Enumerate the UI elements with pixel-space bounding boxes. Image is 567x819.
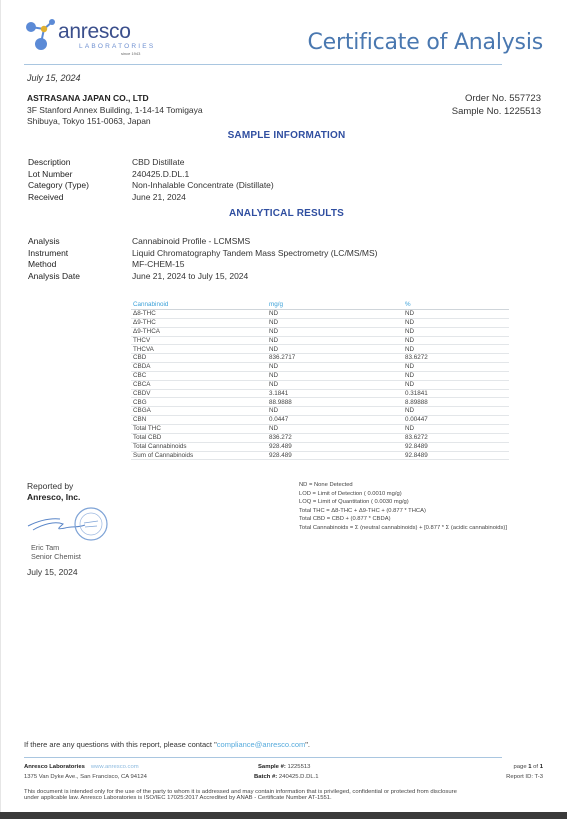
cannabinoid-cell: Total Cannabinoids [131,442,267,451]
percent-cell: ND [403,310,509,319]
page-edge [0,0,1,812]
cannabinoid-cell: Sum of Cannabinoids [131,451,267,460]
client-address-line2: Shibuya, Tokyo 151-0063, Japan [27,116,151,126]
sample-information-heading: SAMPLE INFORMATION [0,130,567,141]
table-header-row: Cannabinoid mg/g % [131,299,509,310]
page-prefix: page [513,764,526,770]
percent-cell: 83.6272 [403,354,509,363]
percent-cell: 8.89888 [403,398,509,407]
cannabinoid-cell: CBGA [131,407,267,416]
percent-cell: 83.6272 [403,433,509,442]
table-row: CBD836.271783.6272 [131,354,509,363]
footer-company-name: Anresco Laboratories [24,764,85,770]
footer-batch-label: Batch #: [254,774,277,780]
contact-line: If there are any questions with this rep… [24,740,310,749]
cannabinoid-cell: Total THC [131,424,267,433]
footer-address: 1375 Van Dyke Ave., San Francisco, CA 94… [24,774,147,780]
note-line: Total CBD = CBD + (0.877 * CBDA) [299,515,507,524]
cannabinoid-cell: Δ9-THC [131,318,267,327]
note-line: Total Cannabinoids = Σ (neutral cannabin… [299,524,507,533]
notes-legend: ND = None Detected LOD = Limit of Detect… [299,481,507,533]
cannabinoid-cell: CBG [131,398,267,407]
logo-since: since 1943 [121,51,140,56]
table-row: CBDV3.18410.31841 [131,389,509,398]
table-row: CBCNDND [131,371,509,380]
header-cannabinoid: Cannabinoid [131,299,267,310]
percent-cell: ND [403,345,509,354]
cannabinoid-cell: THCV [131,336,267,345]
table-row: THCVNDND [131,336,509,345]
description-value: CBD Distillate [132,157,432,167]
table-row: Δ9-THCNDND [131,318,509,327]
mg-per-g-cell: ND [267,424,403,433]
header-percent: % [403,299,509,310]
client-name: ASTRASANA JAPAN CO., LTD [27,93,149,103]
page-total: 1 [540,764,543,770]
footer-report-id: Report ID: T-3 [506,774,543,780]
note-line: LOQ = Limit of Quantitation ( 0.0030 mg/… [299,498,507,507]
signer-name: Eric Tam [31,543,81,552]
anresco-logo: anresco LABORATORIES since 1943 [25,17,150,59]
sample-number: Sample No. 1225513 [452,106,541,117]
reported-by-label: Reported by [27,481,73,491]
table-row: CBCANDND [131,380,509,389]
table-row: CBDANDND [131,363,509,372]
disclaimer-line: under applicable law. Anresco Laboratori… [24,795,544,801]
signature-date: July 15, 2024 [27,567,78,577]
percent-cell: ND [403,380,509,389]
table-row: Total CBD836.27283.6272 [131,433,509,442]
analysis-date-value: June 21, 2024 to July 15, 2024 [132,271,432,281]
footer-sample-value: 1225513 [287,764,310,770]
percent-cell: 0.31841 [403,389,509,398]
field-label: Analysis Date [28,271,132,281]
cannabinoid-cell: Total CBD [131,433,267,442]
cannabinoid-cell: Δ8-THC [131,310,267,319]
note-line: Total THC = Δ8-THC + Δ9-THC + (0.877 * T… [299,507,507,516]
cannabinoid-cell: CBDV [131,389,267,398]
mg-per-g-cell: 3.1841 [267,389,403,398]
field-label: Lot Number [28,169,132,179]
method-value: MF-CHEM-15 [132,259,432,269]
field-label: Category (Type) [28,180,132,190]
category-value: Non-Inhalable Concentrate (Distillate) [132,180,432,190]
field-label: Instrument [28,248,132,258]
percent-cell: ND [403,407,509,416]
analytical-results-heading: ANALYTICAL RESULTS [0,208,567,219]
mg-per-g-cell: ND [267,345,403,354]
table-row: Δ9-THCANDND [131,327,509,336]
field-label: Description [28,157,132,167]
footer-sample: Sample #: 1225513 [258,764,310,770]
mg-per-g-cell: 836.272 [267,433,403,442]
field-label: Method [28,259,132,269]
footer-sample-label: Sample #: [258,764,286,770]
cannabinoid-cell: CBCA [131,380,267,389]
table-row: Total THCNDND [131,424,509,433]
note-line: LOD = Limit of Detection ( 0.0010 mg/g) [299,490,507,499]
received-value: June 21, 2024 [132,192,432,202]
mg-per-g-cell: ND [267,407,403,416]
mg-per-g-cell: 928.489 [267,451,403,460]
analytical-fields: Analysis Cannabinoid Profile - LCMSMS In… [28,236,432,281]
client-address-line1: 3F Stanford Annex Building, 1-14-14 Tomi… [27,105,203,115]
mg-per-g-cell: 0.0447 [267,416,403,425]
table-row: Total Cannabinoids928.48992.8489 [131,442,509,451]
page-title: Certificate of Analysis [307,30,543,55]
footer-company: Anresco Laboratorieswww.anresco.com [24,764,139,770]
footer-page-number: page 1 of 1 [513,764,543,770]
report-date: July 15, 2024 [27,73,81,83]
cannabinoid-cell: CBD [131,354,267,363]
lot-number-value: 240425.D.DL.1 [132,169,432,179]
signer-title: Senior Chemist [31,552,81,561]
percent-cell: ND [403,336,509,345]
footer-disclaimer: This document is intended only for the u… [24,789,544,801]
percent-cell: ND [403,363,509,372]
mg-per-g-cell: ND [267,380,403,389]
mg-per-g-cell: ND [267,327,403,336]
header-mg-per-g: mg/g [267,299,403,310]
order-number: Order No. 557723 [465,93,541,104]
logo-wordmark: anresco [58,20,131,44]
instrument-value: Liquid Chromatography Tandem Mass Spectr… [132,248,432,258]
table-row: CBG88.98888.89888 [131,398,509,407]
mg-per-g-cell: ND [267,363,403,372]
signature-stamp-icon [25,506,115,544]
cannabinoid-cell: CBN [131,416,267,425]
table-row: Sum of Cannabinoids928.48992.8489 [131,451,509,460]
sample-information-fields: Description CBD Distillate Lot Number 24… [28,157,432,202]
contact-suffix: ". [305,740,310,749]
mg-per-g-cell: 836.2717 [267,354,403,363]
note-line: ND = None Detected [299,481,507,490]
footer-website-link[interactable]: www.anresco.com [91,764,139,770]
cannabinoid-results-table: Cannabinoid mg/g % Δ8-THCNDNDΔ9-THCNDNDΔ… [131,299,509,460]
field-label: Analysis [28,236,132,246]
page-of: of [533,764,538,770]
percent-cell: 92.8489 [403,451,509,460]
percent-cell: 92.8489 [403,442,509,451]
mg-per-g-cell: 928.489 [267,442,403,451]
compliance-email-link[interactable]: compliance@anresco.com [217,740,305,749]
mg-per-g-cell: 88.9888 [267,398,403,407]
table-row: CBN0.04470.00447 [131,416,509,425]
percent-cell: ND [403,371,509,380]
logo-subtitle: LABORATORIES [79,43,155,50]
cannabinoid-cell: CBC [131,371,267,380]
bottom-bar [0,812,567,819]
table-row: CBGANDND [131,407,509,416]
percent-cell: ND [403,424,509,433]
table-row: THCVANDND [131,345,509,354]
footer-batch: Batch #: 240425.D.DL.1 [254,774,319,780]
analysis-value: Cannabinoid Profile - LCMSMS [132,236,432,246]
mg-per-g-cell: ND [267,371,403,380]
footer-batch-value: 240425.D.DL.1 [279,774,319,780]
mg-per-g-cell: ND [267,318,403,327]
field-label: Received [28,192,132,202]
percent-cell: ND [403,318,509,327]
table-body: Δ8-THCNDNDΔ9-THCNDNDΔ9-THCANDNDTHCVNDNDT… [131,310,509,460]
percent-cell: 0.00447 [403,416,509,425]
contact-prefix: If there are any questions with this rep… [24,740,217,749]
page-current: 1 [528,764,531,770]
footer-divider [24,757,502,758]
header-divider [24,64,502,65]
reporting-company: Anresco, Inc. [27,492,80,502]
cannabinoid-cell: Δ9-THCA [131,327,267,336]
table-row: Δ8-THCNDND [131,310,509,319]
cannabinoid-cell: THCVA [131,345,267,354]
signer-block: Eric Tam Senior Chemist [31,543,81,561]
cannabinoid-cell: CBDA [131,363,267,372]
percent-cell: ND [403,327,509,336]
mg-per-g-cell: ND [267,336,403,345]
mg-per-g-cell: ND [267,310,403,319]
